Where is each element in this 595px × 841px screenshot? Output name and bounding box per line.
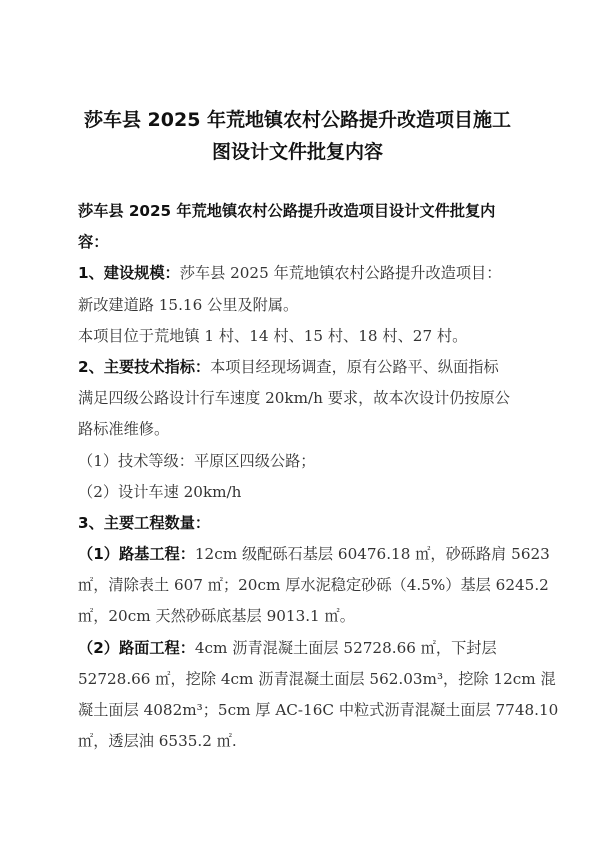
subgrade-label: （1）路基工程： bbox=[78, 545, 195, 563]
section-2-label: 2、主要技术指标： bbox=[78, 358, 210, 376]
pavement-heading: （2）路面工程：4cm 沥青混凝土面层 52728.66 ㎡，下封层 bbox=[78, 633, 520, 664]
title-line-2: 图设计文件批复内容 bbox=[70, 136, 525, 168]
section-1-line-2: 新改建道路 15.16 公里及附属。 bbox=[78, 290, 520, 321]
document-title: 莎车县 2025 年荒地镇农村公路提升改造项目施工 图设计文件批复内容 bbox=[70, 104, 525, 168]
intro-line-1: 莎车县 2025 年荒地镇农村公路提升改造项目设计文件批复内 bbox=[78, 196, 520, 227]
section-3-heading: 3、主要工程数量： bbox=[78, 508, 520, 539]
pavement-label: （2）路面工程： bbox=[78, 639, 195, 657]
pavement-text: 4cm 沥青混凝土面层 52728.66 ㎡，下封层 bbox=[195, 639, 497, 657]
section-1-text: 莎车县 2025 年荒地镇农村公路提升改造项目： bbox=[180, 264, 502, 282]
section-2-line-2: 满足四级公路设计行车速度 20km/h 要求，故本次设计仍按原公 bbox=[78, 383, 520, 414]
section-2-heading: 2、主要技术指标：本项目经现场调查，原有公路平、纵面指标 bbox=[78, 352, 520, 383]
pavement-line-4: ㎡，透层油 6535.2 ㎡. bbox=[78, 726, 520, 757]
section-1-heading: 1、建设规模：莎车县 2025 年荒地镇农村公路提升改造项目： bbox=[78, 258, 520, 289]
intro-line-2: 容： bbox=[78, 227, 520, 258]
section-2-line-3: 路标准维修。 bbox=[78, 414, 520, 445]
section-2-item-1: （1）技术等级：平原区四级公路； bbox=[78, 446, 520, 477]
title-line-1: 莎车县 2025 年荒地镇农村公路提升改造项目施工 bbox=[70, 104, 525, 136]
subgrade-heading: （1）路基工程：12cm 级配砾石基层 60476.18 ㎡，砂砾路肩 5623 bbox=[78, 539, 520, 570]
pavement-line-3: 凝土面层 4082m³；5cm 厚 AC-16C 中粒式沥青混凝土面层 7748… bbox=[78, 695, 520, 726]
document-body: 莎车县 2025 年荒地镇农村公路提升改造项目设计文件批复内 容： 1、建设规模… bbox=[78, 196, 520, 757]
section-2-item-2: （2）设计车速 20km/h bbox=[78, 477, 520, 508]
subgrade-line-3: ㎡，20cm 天然砂砾底基层 9013.1 ㎡。 bbox=[78, 601, 520, 632]
subgrade-text: 12cm 级配砾石基层 60476.18 ㎡，砂砾路肩 5623 bbox=[195, 545, 550, 563]
section-1-label: 1、建设规模： bbox=[78, 264, 180, 282]
subgrade-line-2: ㎡，清除表土 607 ㎡；20cm 厚水泥稳定砂砾（4.5%）基层 6245.2 bbox=[78, 570, 520, 601]
section-2-text: 本项目经现场调查，原有公路平、纵面指标 bbox=[210, 358, 499, 376]
pavement-line-2: 52728.66 ㎡，挖除 4cm 沥青混凝土面层 562.03m³，挖除 12… bbox=[78, 664, 520, 695]
section-1-line-3: 本项目位于荒地镇 1 村、14 村、15 村、18 村、27 村。 bbox=[78, 321, 520, 352]
